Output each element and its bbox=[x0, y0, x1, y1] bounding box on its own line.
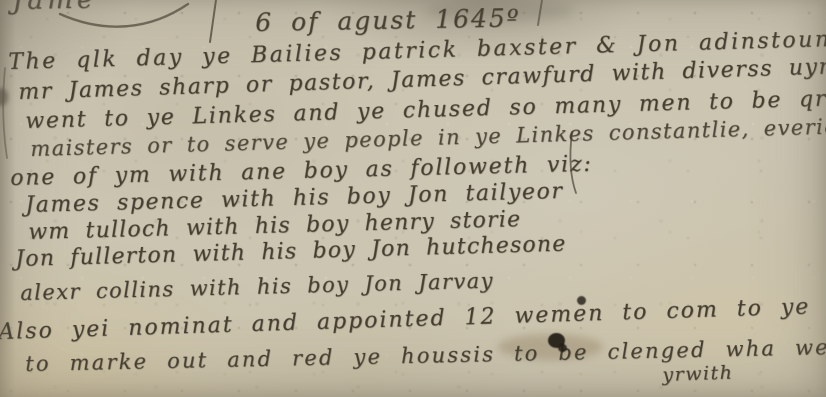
ink-blot bbox=[558, 344, 567, 352]
manuscript-line: yrwith bbox=[662, 362, 734, 386]
date-heading: 6 of agust 1645º bbox=[255, 3, 521, 37]
ink-blot bbox=[577, 296, 586, 305]
descender-stroke bbox=[210, 0, 216, 42]
cropped-top-line: Jame bbox=[12, 0, 97, 16]
descender-stroke bbox=[538, 0, 542, 25]
edge-smudge bbox=[0, 88, 8, 106]
margin-stroke bbox=[3, 68, 7, 158]
manuscript-line: alexr collins with his boy Jon Jarvay bbox=[20, 269, 494, 305]
manuscript-page: Jame 6 of agust 1645º The qlk day ye Bai… bbox=[0, 0, 826, 397]
